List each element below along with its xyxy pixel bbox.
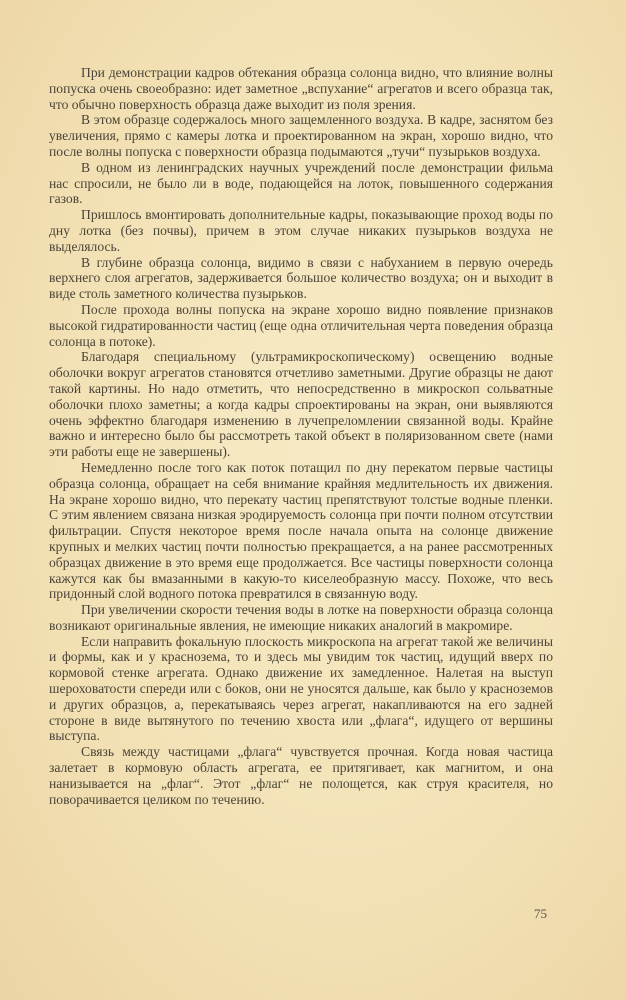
- paragraph: Пришлось вмонтировать дополнительные кад…: [49, 207, 553, 254]
- paragraph: При демонстрации кадров обтекания образц…: [49, 65, 553, 112]
- paragraph: В одном из ленинградских научных учрежде…: [49, 160, 553, 207]
- page-body: При демонстрации кадров обтекания образц…: [49, 65, 553, 807]
- paragraph: После прохода волны попуска на экране хо…: [49, 302, 553, 349]
- paragraph: Если направить фокальную плоскость микро…: [49, 634, 553, 745]
- paragraph: Немедленно после того как поток потащил …: [49, 460, 553, 602]
- paragraph: В этом образце содержалось много защемле…: [49, 112, 553, 159]
- paragraph: Благодаря специальному (ультрамикроскопи…: [49, 349, 553, 460]
- paragraph: Связь между частицами „флага“ чувствуетс…: [49, 744, 553, 807]
- paragraph: В глубине образца солонца, видимо в связ…: [49, 255, 553, 302]
- page-number: 75: [534, 906, 547, 922]
- paragraph: При увеличении скорости течения воды в л…: [49, 602, 553, 634]
